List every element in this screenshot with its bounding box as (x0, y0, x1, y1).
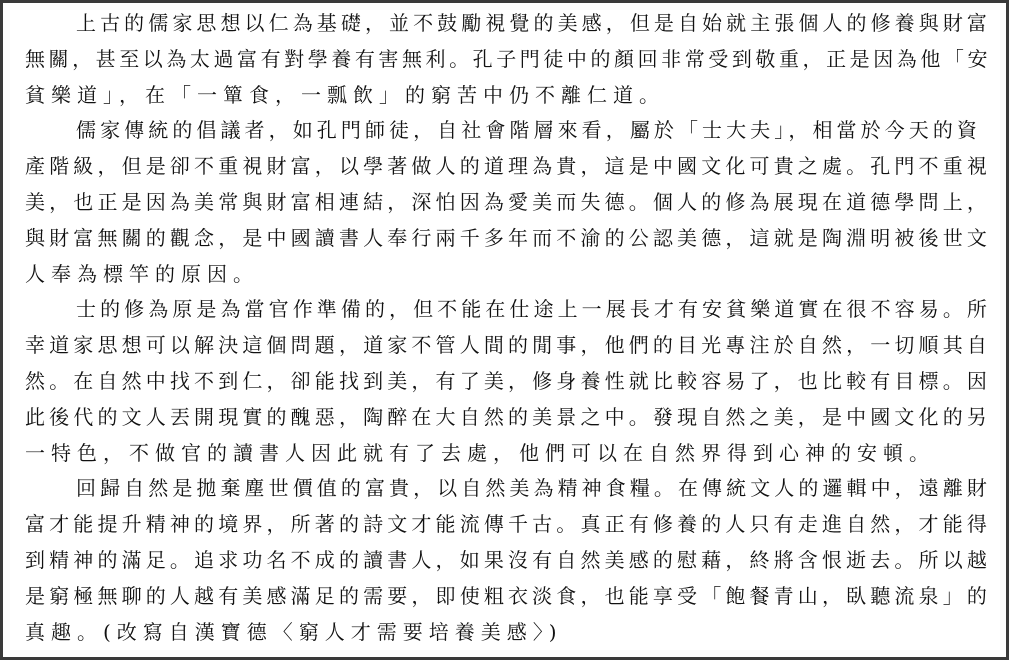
text-line: 人奉為標竿的原因。 (25, 257, 991, 293)
text-line: 真趣。(改寫自漢寶德〈窮人才需要培養美感〉) (25, 615, 991, 651)
text-line: 回歸自然是拋棄塵世價值的富貴，以自然美為精神食糧。在傳統文人的邏輯中，遠離財 (25, 471, 991, 507)
text-line: 然。在自然中找不到仁，卻能找到美，有了美，修身養性就比較容易了，也比較有目標。因 (25, 364, 991, 400)
paragraph-4: 回歸自然是拋棄塵世價值的富貴，以自然美為精神食糧。在傳統文人的邏輯中，遠離財 富… (25, 471, 991, 650)
text-line: 富才能提升精神的境界，所著的詩文才能流傳千古。真正有修養的人只有走進自然，才能得 (25, 507, 991, 543)
paragraph-3: 士的修為原是為當官作準備的，但不能在仕途上一展長才有安貧樂道實在很不容易。所 幸… (25, 292, 991, 471)
document-frame: 上古的儒家思想以仁為基礎，並不鼓勵視覺的美感，但是自始就主張個人的修養與財富 無… (0, 0, 1009, 660)
paragraph-2: 儒家傳統的倡議者，如孔門師徒，自社會階層來看，屬於「士大夫」，相當於今天的資 產… (25, 113, 991, 292)
text-line: 與財富無關的觀念，是中國讀書人奉行兩千多年而不渝的公認美德，這就是陶淵明被後世文 (25, 221, 991, 257)
text-line: 上古的儒家思想以仁為基礎，並不鼓勵視覺的美感，但是自始就主張個人的修養與財富 (25, 6, 991, 42)
text-line: 士的修為原是為當官作準備的，但不能在仕途上一展長才有安貧樂道實在很不容易。所 (25, 292, 991, 328)
text-line: 貧樂道」，在「一簞食，一瓢飲」的窮苦中仍不離仁道。 (25, 78, 991, 114)
paragraph-1: 上古的儒家思想以仁為基礎，並不鼓勵視覺的美感，但是自始就主張個人的修養與財富 無… (25, 6, 991, 113)
text-line: 此後代的文人丟開現實的醜惡，陶醉在大自然的美景之中。發現自然之美，是中國文化的另 (25, 400, 991, 436)
text-line: 儒家傳統的倡議者，如孔門師徒，自社會階層來看，屬於「士大夫」，相當於今天的資 (25, 113, 991, 149)
text-line: 無關，甚至以為太過富有對學養有害無利。孔子門徒中的顏回非常受到敬重，正是因為他「… (25, 42, 991, 78)
text-line: 美，也正是因為美常與財富相連結，深怕因為愛美而失德。個人的修為展現在道德學問上， (25, 185, 991, 221)
text-line: 是窮極無聊的人越有美感滿足的需要，即使粗衣淡食，也能享受「飽餐青山，臥聽流泉」的 (25, 579, 991, 615)
text-line: 產階級，但是卻不重視財富，以學著做人的道理為貴，這是中國文化可貴之處。孔門不重視 (25, 149, 991, 185)
document-body: 上古的儒家思想以仁為基礎，並不鼓勵視覺的美感，但是自始就主張個人的修養與財富 無… (25, 6, 991, 650)
text-line: 幸道家思想可以解決這個問題，道家不管人間的閒事，他們的目光專注於自然，一切順其自 (25, 328, 991, 364)
text-line: 到精神的滿足。追求功名不成的讀書人，如果沒有自然美感的慰藉，終將含恨逝去。所以越 (25, 543, 991, 579)
text-line: 一特色，不做官的讀書人因此就有了去處，他們可以在自然界得到心神的安頓。 (25, 436, 991, 472)
